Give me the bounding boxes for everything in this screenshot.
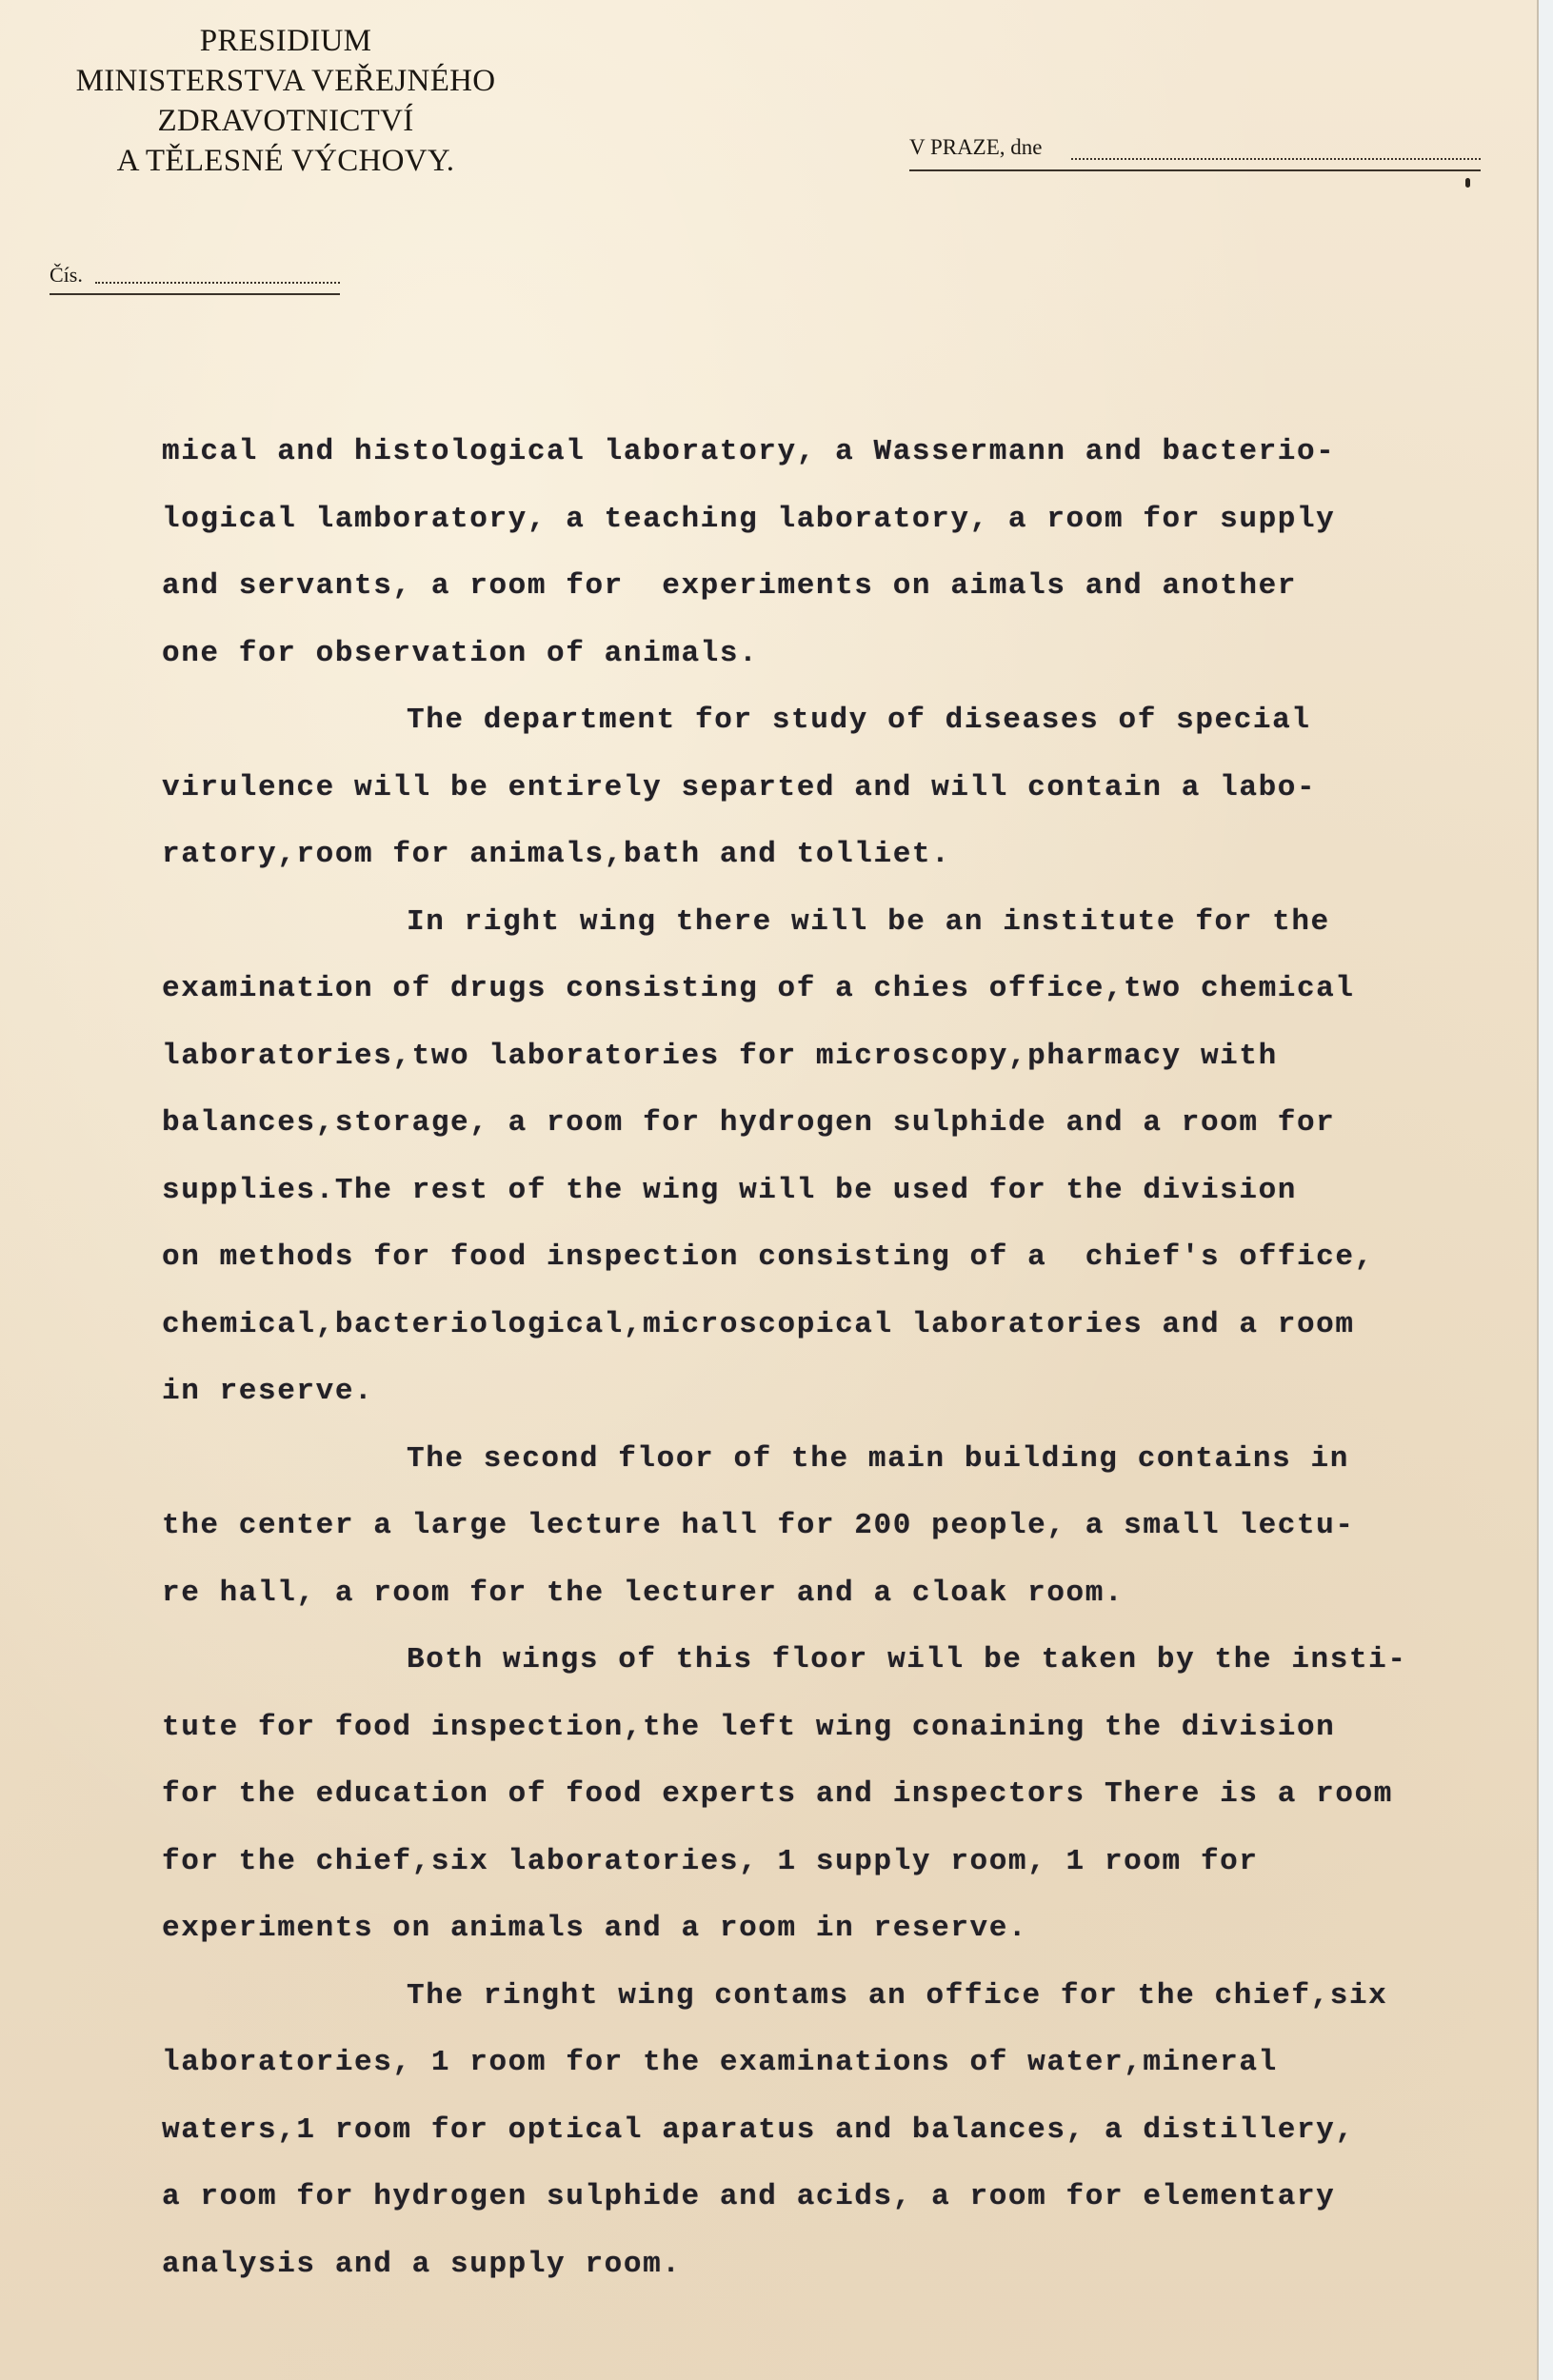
text-line: one for observation of animals. bbox=[162, 621, 1552, 688]
text-line: virulence will be entirely separted and … bbox=[162, 755, 1552, 823]
text-line: for the education of food experts and in… bbox=[162, 1761, 1552, 1829]
place-date-field: V PRAZE, dne bbox=[909, 131, 1481, 169]
text-line: the center a large lecture hall for 200 … bbox=[162, 1493, 1552, 1560]
ink-mark bbox=[1465, 178, 1470, 188]
dotted-line bbox=[1071, 158, 1481, 160]
text-line: in reserve. bbox=[162, 1359, 1552, 1426]
place-date-label: V PRAZE, dne bbox=[909, 135, 1043, 160]
letterhead-line: ZDRAVOTNICTVÍ bbox=[38, 101, 533, 141]
text-line: and servants, a room for experiments on … bbox=[162, 553, 1552, 621]
document-page: PRESIDIUM MINISTERSTVA VEŘEJNÉHO ZDRAVOT… bbox=[0, 0, 1539, 2380]
divider bbox=[50, 293, 340, 295]
text-line: waters,1 room for optical aparatus and b… bbox=[162, 2097, 1552, 2165]
text-line: for the chief,six laboratories, 1 supply… bbox=[162, 1829, 1552, 1896]
letterhead-line: MINISTERSTVA VEŘEJNÉHO bbox=[38, 61, 533, 101]
text-line: balances,storage, a room for hydrogen su… bbox=[162, 1090, 1552, 1158]
letterhead-line: PRESIDIUM bbox=[38, 21, 533, 61]
text-line: The second floor of the main building co… bbox=[162, 1426, 1552, 1494]
letterhead: PRESIDIUM MINISTERSTVA VEŘEJNÉHO ZDRAVOT… bbox=[38, 21, 533, 181]
text-line: a room for hydrogen sulphide and acids, … bbox=[162, 2164, 1552, 2231]
dotted-line bbox=[95, 282, 340, 284]
text-line: Both wings of this floor will be taken b… bbox=[162, 1627, 1552, 1695]
text-line: experiments on animals and a room in res… bbox=[162, 1895, 1552, 1963]
text-line: examination of drugs consisting of a chi… bbox=[162, 956, 1552, 1023]
text-line: chemical,bacteriological,microscopical l… bbox=[162, 1292, 1552, 1359]
reference-number-field: Čís. bbox=[50, 259, 340, 297]
text-line: tute for food inspection,the left wing c… bbox=[162, 1695, 1552, 1762]
letterhead-line: A TĚLESNÉ VÝCHOVY. bbox=[38, 141, 533, 181]
text-line: supplies.The rest of the wing will be us… bbox=[162, 1158, 1552, 1225]
divider bbox=[909, 169, 1481, 171]
text-line: The department for study of diseases of … bbox=[162, 687, 1552, 755]
text-line: on methods for food inspection consistin… bbox=[162, 1224, 1552, 1292]
text-line: laboratories,two laboratories for micros… bbox=[162, 1023, 1552, 1091]
text-line: ratory,room for animals,bath and tolliet… bbox=[162, 822, 1552, 889]
text-line: The ringht wing contams an office for th… bbox=[162, 1963, 1552, 2031]
text-line: analysis and a supply room. bbox=[162, 2231, 1552, 2299]
text-line: re hall, a room for the lecturer and a c… bbox=[162, 1560, 1552, 1628]
text-line: mical and histological laboratory, a Was… bbox=[162, 419, 1552, 486]
reference-number-label: Čís. bbox=[50, 263, 83, 288]
text-line: In right wing there will be an institute… bbox=[162, 889, 1552, 957]
text-line: laboratories, 1 room for the examination… bbox=[162, 2030, 1552, 2097]
typed-body: mical and histological laboratory, a Was… bbox=[162, 419, 1552, 2298]
text-line: logical lamboratory, a teaching laborato… bbox=[162, 486, 1552, 554]
